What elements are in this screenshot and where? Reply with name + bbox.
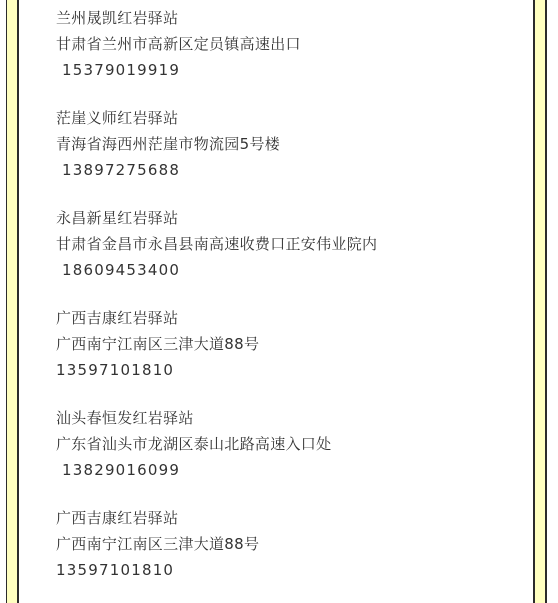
station-phone: 18609453400 (56, 257, 377, 283)
station-name: 兰州晟凯红岩驿站 (56, 5, 377, 31)
station-name: 广西吉康红岩驿站 (56, 305, 377, 331)
station-phone: 13597101810 (56, 557, 377, 583)
station-list: 兰州晟凯红岩驿站 甘肃省兰州市高新区定员镇高速出口 15379019919 茫崖… (56, 5, 377, 603)
station-address: 广西南宁江南区三津大道88号 (56, 331, 377, 357)
frame-border-left-outer (6, 0, 7, 603)
station-phone: 13829016099 (56, 457, 377, 483)
station-name: 永昌新星红岩驿站 (56, 205, 377, 231)
frame-border-right-inner (533, 0, 535, 603)
station-address: 甘肃省兰州市高新区定员镇高速出口 (56, 31, 377, 57)
station-address: 青海省海西州茫崖市物流园5号楼 (56, 131, 377, 157)
station-phone: 15379019919 (56, 57, 377, 83)
station-address: 甘肃省金昌市永昌县南高速收费口正安伟业院内 (56, 231, 377, 257)
station-entry: 广西吉康红岩驿站 广西南宁江南区三津大道88号 13597101810 (56, 505, 377, 603)
content-panel: 兰州晟凯红岩驿站 甘肃省兰州市高新区定员镇高速出口 15379019919 茫崖… (19, 0, 533, 603)
station-entry: 广西吉康红岩驿站 广西南宁江南区三津大道88号 13597101810 (56, 305, 377, 405)
frame-border-right-outer (545, 0, 547, 603)
station-phone: 13597101810 (56, 357, 377, 383)
station-entry: 兰州晟凯红岩驿站 甘肃省兰州市高新区定员镇高速出口 15379019919 (56, 5, 377, 105)
station-name: 汕头春恒发红岩驿站 (56, 405, 377, 431)
station-entry: 汕头春恒发红岩驿站 广东省汕头市龙湖区泰山北路高速入口处 13829016099 (56, 405, 377, 505)
station-address: 广东省汕头市龙湖区泰山北路高速入口处 (56, 431, 377, 457)
station-entry: 永昌新星红岩驿站 甘肃省金昌市永昌县南高速收费口正安伟业院内 186094534… (56, 205, 377, 305)
station-name: 茫崖义师红岩驿站 (56, 105, 377, 131)
station-address: 广西南宁江南区三津大道88号 (56, 531, 377, 557)
station-entry: 茫崖义师红岩驿站 青海省海西州茫崖市物流园5号楼 13897275688 (56, 105, 377, 205)
station-name: 广西吉康红岩驿站 (56, 505, 377, 531)
station-phone: 13897275688 (56, 157, 377, 183)
